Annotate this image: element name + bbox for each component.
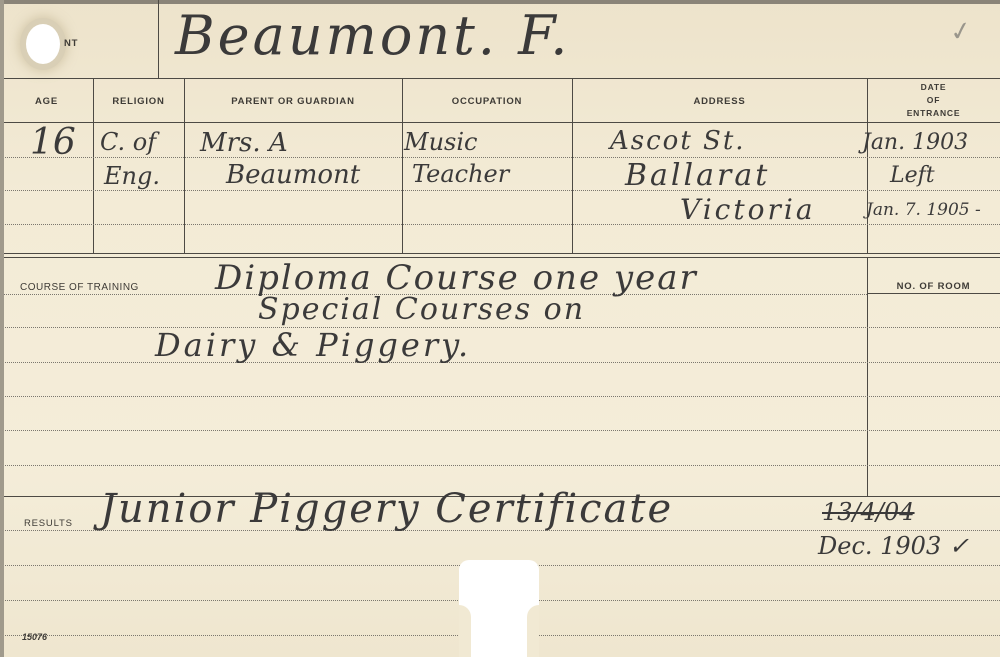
divider — [0, 122, 1000, 123]
religion-value-2: Eng. — [104, 162, 160, 190]
student-name: Beaumont. F. — [175, 4, 570, 67]
occupation-value-2: Teacher — [412, 160, 509, 188]
col-header-occupation: OCCUPATION — [402, 96, 572, 107]
dotted-rule — [0, 157, 1000, 158]
dotted-rule — [0, 362, 1000, 363]
results-label: RESULTS — [24, 518, 73, 529]
filing-slot-neck — [470, 610, 528, 657]
col-header-age: AGE — [0, 96, 93, 107]
dotted-rule — [0, 430, 1000, 431]
col-header-date-1: DATE — [867, 82, 1000, 92]
results-struck-date: 13/4/04 — [822, 498, 915, 526]
divider — [158, 0, 159, 78]
room-label: No. OF ROOM — [867, 281, 1000, 292]
occupation-value-1: Music — [404, 128, 477, 156]
course-text-3: Dairy & Piggery. — [155, 326, 471, 364]
dotted-rule — [0, 190, 1000, 191]
results-date: Dec. 1903 ✓ — [818, 532, 969, 560]
parent-value-1: Mrs. A — [200, 128, 288, 158]
religion-value-1: C. of — [100, 128, 156, 156]
punch-hole — [26, 24, 60, 64]
date-value-1: Jan. 1903 — [862, 130, 968, 155]
student-record-card: NT Beaumont. F. ✓ AGE RELIGION PARENT OR… — [0, 0, 1000, 657]
dotted-rule — [0, 396, 1000, 397]
date-value-3: Jan. 7. 1905 - — [866, 200, 981, 220]
date-value-2: Left — [890, 163, 935, 188]
col-header-address: ADDRESS — [572, 96, 867, 107]
divider — [867, 293, 1000, 294]
address-value-1: Ascot St. — [610, 126, 746, 156]
parent-value-2: Beaumont — [226, 160, 360, 190]
student-label: NT — [64, 38, 78, 49]
address-value-2: Ballarat — [625, 158, 770, 193]
dotted-rule — [0, 465, 1000, 466]
checkmark-icon: ✓ — [947, 14, 974, 48]
results-text: Junior Piggery Certificate — [100, 486, 673, 532]
age-value: 16 — [30, 122, 76, 163]
filing-slot-edge — [527, 605, 539, 657]
course-text-2: Special Courses on — [258, 292, 585, 327]
card-number: 15076 — [22, 632, 47, 642]
divider — [0, 78, 1000, 79]
dotted-rule — [0, 327, 1000, 328]
col-header-religion: RELIGION — [93, 96, 184, 107]
dotted-rule — [0, 224, 1000, 225]
address-value-3: Victoria — [680, 193, 816, 226]
col-header-parent: PARENT OR GUARDIAN — [184, 96, 402, 107]
filing-slot-edge — [459, 605, 471, 657]
course-label: COURSE OF TRAINING — [20, 282, 139, 293]
col-header-date-3: ENTRANCE — [867, 108, 1000, 118]
col-header-date-2: OF — [867, 95, 1000, 105]
divider — [0, 253, 1000, 254]
